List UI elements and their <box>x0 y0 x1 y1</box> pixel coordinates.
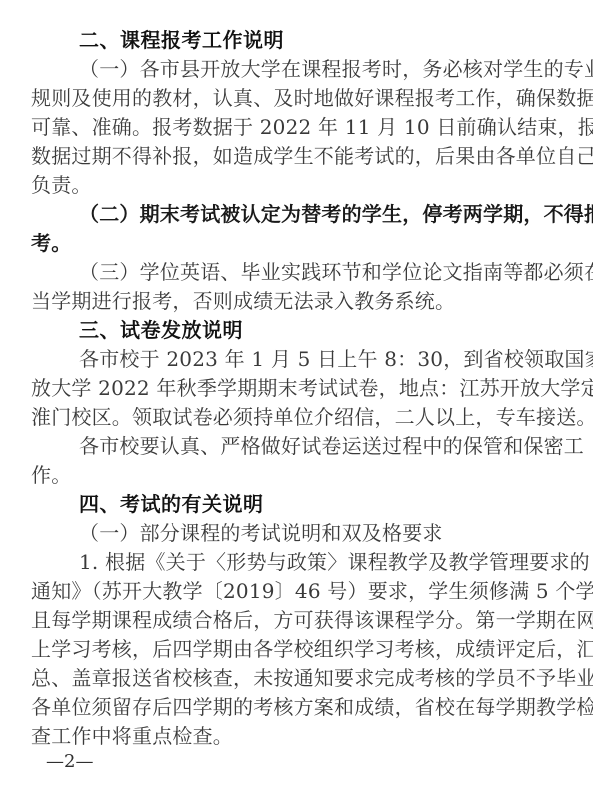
doc-line: 放大学 2022 年秋季学期期末考试试卷，地点：江苏开放大学定 <box>31 374 559 403</box>
doc-line: 且每学期课程成绩合格后，方可获得该课程学分。第一学期在网 <box>31 606 559 635</box>
doc-line: 上学习考核，后四学期由各学校组织学习考核，成绩评定后，汇 <box>31 635 559 664</box>
doc-line: 数据过期不得补报，如造成学生不能考试的，后果由各单位自己 <box>31 142 559 171</box>
doc-line: 各单位须留存后四学期的考核方案和成绩，省校在每学期教学检 <box>31 693 559 722</box>
doc-line: 各市校要认真、严格做好试卷运送过程中的保管和保密工 <box>31 432 559 461</box>
doc-line: 规则及使用的教材，认真、及时地做好课程报考工作，确保数据 <box>31 84 559 113</box>
section-iv-heading: 四、考试的有关说明 <box>31 490 559 519</box>
doc-line: 查工作中将重点检查。 <box>31 722 559 751</box>
doc-line: 考。 <box>31 229 559 258</box>
section-ii-heading: 二、课程报考工作说明 <box>31 26 559 55</box>
page-number: —2— <box>46 751 93 773</box>
doc-line: 通知》（苏开大教学〔2019〕46 号）要求，学生须修满 5 个学期 <box>31 577 559 606</box>
doc-line: 淮门校区。领取试卷必须持单位介绍信，二人以上，专车接送。 <box>31 403 559 432</box>
doc-line: （三）学位英语、毕业实践环节和学位论文指南等都必须在 <box>31 258 559 287</box>
doc-line: 各市校于 2023 年 1 月 5 日上午 8：30，到省校领取国家开 <box>31 345 559 374</box>
doc-line: （一）各市县开放大学在课程报考时，务必核对学生的专业 <box>31 55 559 84</box>
doc-line: （一）部分课程的考试说明和双及格要求 <box>31 519 559 548</box>
doc-line: （二）期末考试被认定为替考的学生，停考两学期，不得报 <box>31 200 559 229</box>
document-page: 二、课程报考工作说明 （一）各市县开放大学在课程报考时，务必核对学生的专业 规则… <box>0 0 593 791</box>
doc-line: 1. 根据《关于〈形势与政策〉课程教学及教学管理要求的 <box>31 548 559 577</box>
doc-line: 作。 <box>31 461 559 490</box>
section-iii-heading: 三、试卷发放说明 <box>31 316 559 345</box>
doc-line: 可靠、准确。报考数据于 2022 年 11 月 10 日前确认结束，报考 <box>31 113 559 142</box>
doc-line: 当学期进行报考，否则成绩无法录入教务系统。 <box>31 287 559 316</box>
doc-line: 负责。 <box>31 171 559 200</box>
doc-line: 总、盖章报送省校核查，未按通知要求完成考核的学员不予毕业。 <box>31 664 559 693</box>
